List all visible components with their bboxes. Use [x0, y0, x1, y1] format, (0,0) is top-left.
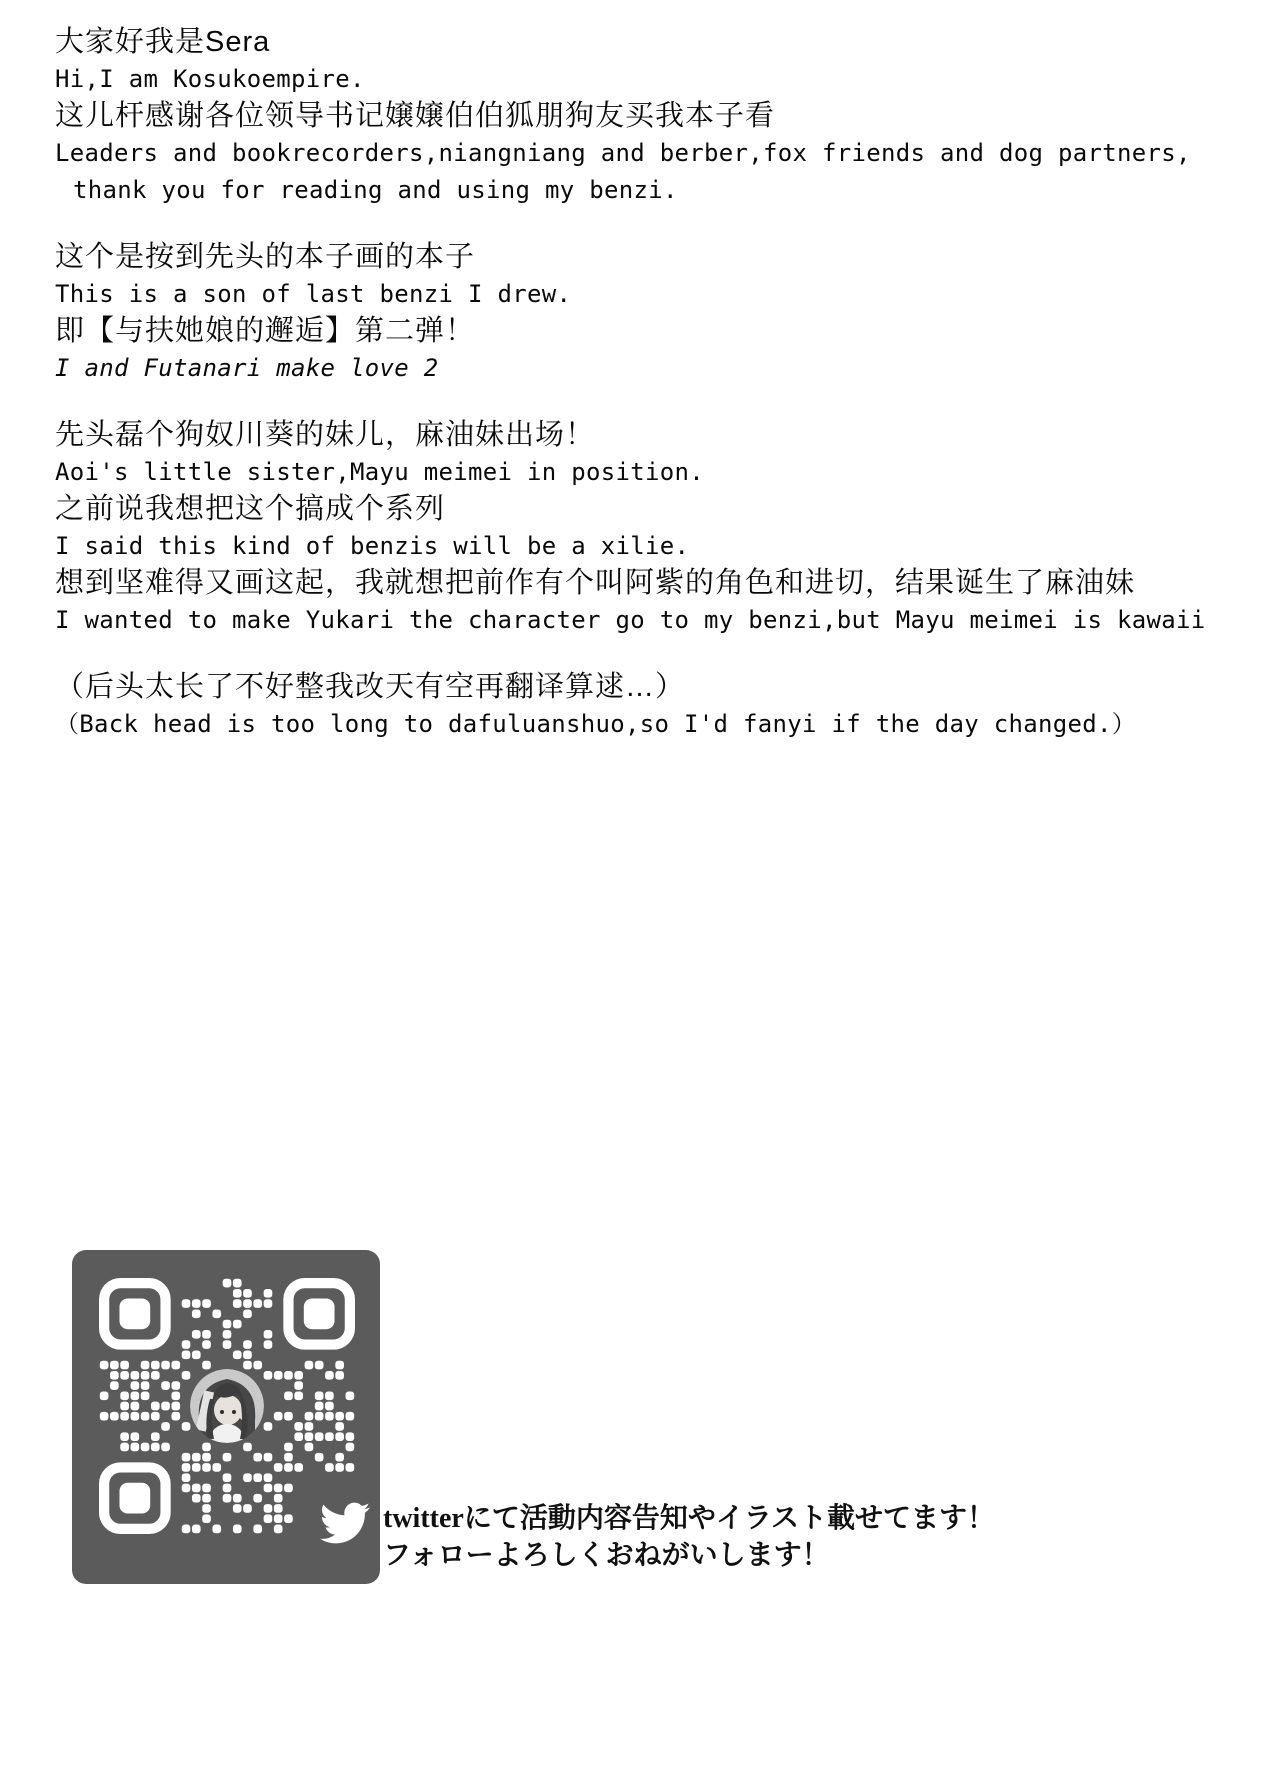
series-en-line2: I said this kind of benzis will be a xil… — [55, 528, 1235, 565]
greeting-en-line: Hi,I am Kosukoempire. — [55, 61, 1235, 98]
qr-panel — [72, 1250, 380, 1584]
paragraph-note: （后头太长了不好整我改天有空再翻译算逑…） （Back head is too … — [55, 669, 1235, 743]
series-zh-line2: 之前说我想把这个搞成个系列 — [55, 491, 1235, 528]
paragraph-about-book: 这个是按到先头的本子画的本子 This is a son of last ben… — [55, 239, 1235, 387]
afterword-text-block: 大家好我是Sera Hi,I am Kosukoempire. 这儿杆感谢各位领… — [55, 24, 1235, 773]
about-book-zh-line2: 即【与扶她娘的邂逅】第二弹！ — [55, 313, 1235, 350]
about-book-en-line2: I and Futanari make love 2 — [55, 350, 1235, 387]
twitter-caption: twitterにて活動内容告知やイラスト載せてます！ フォローよろしくおねがいし… — [383, 1500, 995, 1574]
twitter-caption-line1: twitterにて活動内容告知やイラスト載せてます！ — [383, 1500, 995, 1537]
note-en-line: （Back head is too long to dafuluanshuo,s… — [55, 706, 1235, 743]
about-book-en-line1: This is a son of last benzi I drew. — [55, 276, 1235, 313]
thanks-zh-line: 这儿杆感谢各位领导书记嬢嬢伯伯狐朋狗友买我本子看 — [55, 98, 1235, 135]
thanks-en-line2: thank you for reading and using my benzi… — [55, 172, 1235, 209]
series-en-line1: Aoi's little sister,Mayu meimei in posit… — [55, 454, 1235, 491]
series-en-line3: I wanted to make Yukari the character go… — [55, 602, 1235, 639]
paragraph-greeting: 大家好我是Sera Hi,I am Kosukoempire. 这儿杆感谢各位领… — [55, 24, 1235, 209]
thanks-en-line1: Leaders and bookrecorders,niangniang and… — [55, 135, 1235, 172]
series-zh-line1: 先头磊个狗奴川葵的妹儿，麻油妹出场！ — [55, 417, 1235, 454]
about-book-zh-line1: 这个是按到先头的本子画的本子 — [55, 239, 1235, 276]
artist-avatar — [190, 1369, 264, 1443]
twitter-bird-icon — [320, 1498, 370, 1548]
paragraph-about-series: 先头磊个狗奴川葵的妹儿，麻油妹出场！ Aoi's little sister,M… — [55, 417, 1235, 639]
greeting-zh-line: 大家好我是Sera — [55, 24, 1235, 61]
series-zh-line3: 想到坚难得又画这起，我就想把前作有个叫阿紫的角色和进切，结果诞生了麻油妹 — [55, 565, 1235, 602]
twitter-caption-line2: フォローよろしくおねがいします！ — [383, 1537, 995, 1574]
note-zh-line: （后头太长了不好整我改天有空再翻译算逑…） — [55, 669, 1235, 706]
